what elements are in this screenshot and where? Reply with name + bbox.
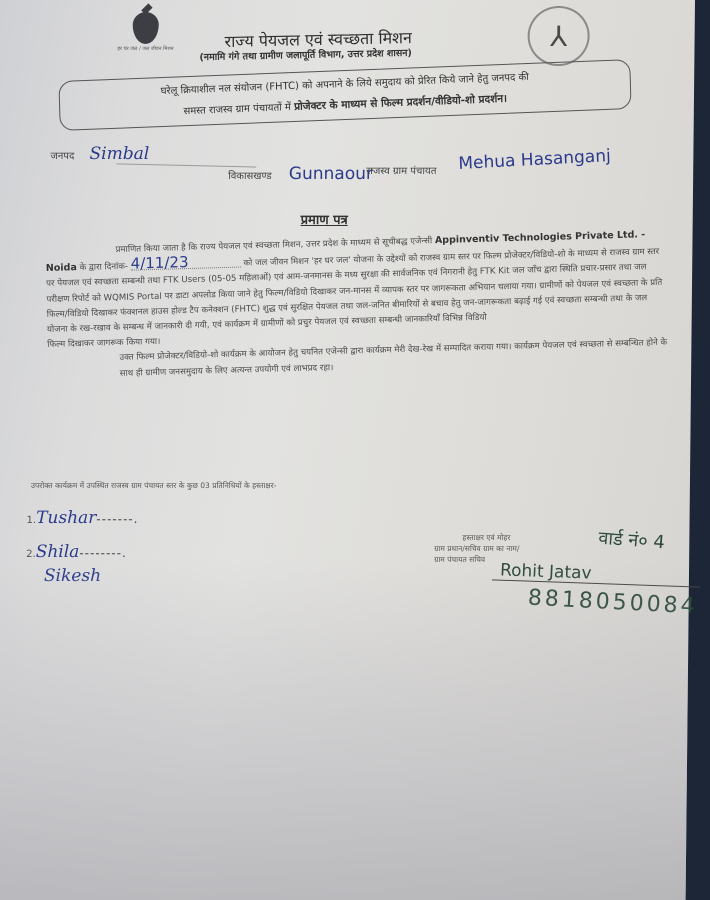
attendee-signature: Shila bbox=[36, 542, 80, 562]
attendee-signature: Sikesh bbox=[44, 566, 101, 586]
body-end: फिल्म दिखाकर जागरूक किया गया। bbox=[47, 337, 160, 350]
logo-caption: हर घर जल / जल जीवन मिशन bbox=[115, 46, 175, 52]
panchayat-field: राजस्व ग्राम पंचायत bbox=[366, 163, 436, 177]
pradhan-label: ग्राम प्रधान/सचिव ग्राम का नाम/ bbox=[434, 543, 519, 554]
attendee-signature: Tushar bbox=[36, 508, 96, 528]
banner-line-2-bold: प्रोजेक्टर के माध्यम से फिल्म प्रदर्शन/व… bbox=[294, 93, 507, 113]
block-value: Gunnaour bbox=[289, 164, 373, 184]
water-drop-logo: हर घर जल / जल जीवन मिशन bbox=[115, 12, 176, 72]
ward-number-wrap: वार्ड नं० 4 bbox=[597, 526, 665, 555]
up-emblem-icon: ⅄ bbox=[527, 6, 590, 66]
block-field: विकासखण्ड Gunnaour bbox=[228, 164, 373, 184]
district-label: जनपद bbox=[50, 151, 74, 162]
attendee-number: 2. bbox=[26, 549, 36, 560]
body-date-label: के द्वारा दिनांक- bbox=[79, 262, 128, 273]
signature-dashes: --------. bbox=[79, 546, 127, 560]
banner-line-2-plain: समस्त राजस्व ग्राम पंचायतों में bbox=[183, 102, 294, 117]
panchayat-value-wrap: Mehua Hasanganj bbox=[458, 146, 611, 174]
attendee-1: 1.Tushar-------. bbox=[26, 508, 138, 528]
signature-dashes: -------. bbox=[96, 512, 138, 526]
attendees-note: उपरोक्त कार्यक्रम में उपस्थित राजस्व ग्र… bbox=[31, 480, 361, 491]
panchayat-label: राजस्व ग्राम पंचायत bbox=[366, 166, 436, 177]
certificate-paper: हर घर जल / जल जीवन मिशन राज्य पेयजल एवं … bbox=[0, 0, 695, 900]
block-label: विकासखण्ड bbox=[228, 171, 272, 182]
district-field: जनपद Simbal bbox=[50, 144, 149, 164]
district-value: Simbal bbox=[89, 144, 149, 164]
panchayat-value: Mehua Hasanganj bbox=[458, 146, 611, 174]
ward-number: वार्ड नं० 4 bbox=[598, 528, 666, 554]
program-date: 4/11/23 bbox=[131, 255, 241, 271]
attendee-2: 2.Shila--------. bbox=[26, 542, 127, 562]
official-phone: 8818050084 bbox=[527, 586, 698, 620]
certificate-heading: प्रमाण पत्र bbox=[301, 210, 348, 228]
attendee-number: 1. bbox=[26, 515, 36, 526]
official-phone-wrap: 8818050084 bbox=[527, 586, 698, 620]
signature-line bbox=[492, 579, 700, 587]
certificate-body: प्रमाणित किया जाता है कि राज्य पेयजल एवं… bbox=[45, 227, 667, 384]
attendee-3: Sikesh bbox=[44, 566, 101, 586]
sign-seal-label: हस्ताक्षर एवं मोहर bbox=[434, 532, 519, 543]
water-drop-icon bbox=[133, 12, 159, 44]
